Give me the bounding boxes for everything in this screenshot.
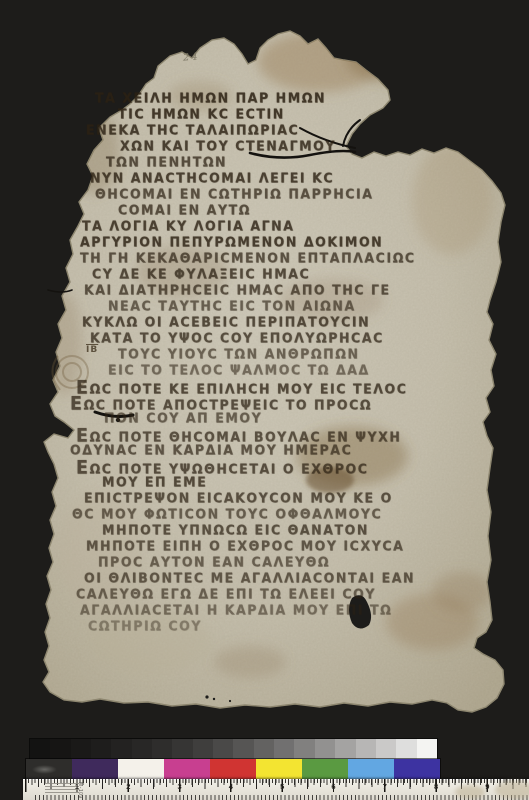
gray-step — [111, 739, 131, 759]
ruler-ticks-bottom-scale — [35, 795, 529, 800]
ruler-number: 2 — [126, 782, 130, 791]
ruler-stain — [495, 781, 529, 799]
ruler-number: 4 — [229, 782, 233, 791]
color-patch-purple — [72, 759, 118, 779]
grayscale-calibration-strip — [30, 739, 437, 759]
gray-step — [294, 739, 314, 759]
parchment-fragment — [0, 0, 529, 800]
gray-step — [274, 739, 294, 759]
gray-step — [30, 739, 50, 759]
color-patch-light-blue — [348, 759, 394, 779]
gray-step — [213, 739, 233, 759]
photo-stage: 24 ΙΒ ΤΑ ΧΕΙΛΗ ΗΜΩΝ ΠΑΡ ΗΜΩΝΤΙC ΗΜΩΝ ΚC … — [0, 0, 529, 800]
ruler-number: 3 — [178, 782, 182, 791]
color-patch-green — [302, 759, 348, 779]
color-patch-magenta — [164, 759, 210, 779]
gray-step — [233, 739, 253, 759]
gray-step — [376, 739, 396, 759]
gray-step — [396, 739, 416, 759]
color-patch-white — [118, 759, 164, 779]
gray-step — [50, 739, 70, 759]
gray-step — [172, 739, 192, 759]
ruler-number: 5 — [280, 782, 284, 791]
color-calibration-strip — [26, 759, 440, 779]
gray-step — [315, 739, 335, 759]
ruler-number: 1 — [75, 782, 79, 791]
ruler-stain — [455, 785, 485, 799]
ruler-number: 7 — [383, 782, 387, 791]
ruler: M-109 123456789 — [23, 779, 529, 800]
color-patch-indigo — [394, 759, 440, 779]
color-patch-black — [26, 759, 72, 779]
color-patch-yellow — [256, 759, 302, 779]
gray-step — [132, 739, 152, 759]
color-patch-red — [210, 759, 256, 779]
gray-step — [254, 739, 274, 759]
ruler-number: 6 — [331, 782, 335, 791]
gray-step — [152, 739, 172, 759]
gray-step — [193, 739, 213, 759]
ruler-ticks-inches — [25, 779, 529, 792]
ruler-number: 8 — [434, 782, 438, 791]
gray-step — [356, 739, 376, 759]
ruler-maker-text — [45, 783, 79, 794]
gray-step — [91, 739, 111, 759]
gray-step — [417, 739, 437, 759]
ruler-number: 9 — [485, 782, 489, 791]
gray-step — [335, 739, 355, 759]
gray-step — [71, 739, 91, 759]
